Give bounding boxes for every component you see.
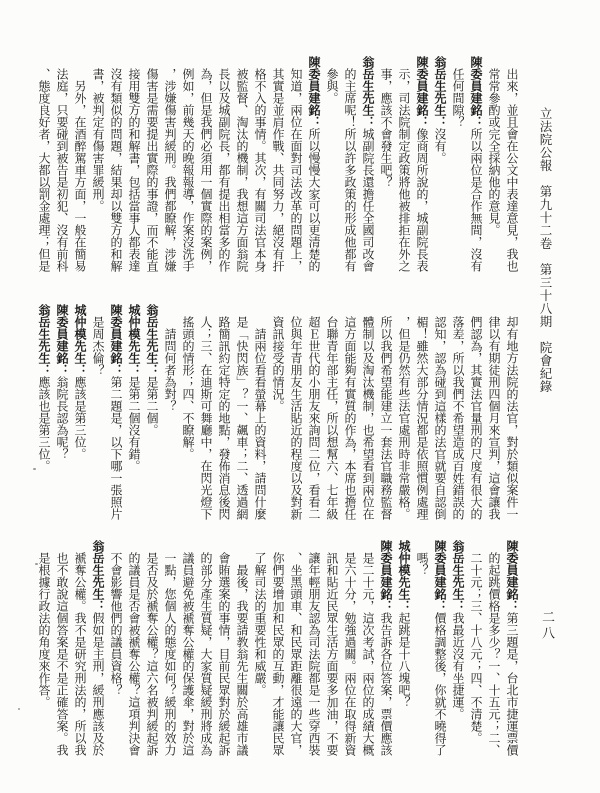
text-column: 出來，並且會在公文中表達意見，我也: [503, 56, 521, 272]
text-column: 法庭，只要碰到被告是初犯、沒有前科: [53, 56, 71, 272]
speaker-turn-column: 翁岳生先生：假如是主刑，緩刑應該及於: [89, 540, 107, 756]
text-column: 位與年青朋友生活貼近的程度以及對新: [287, 304, 305, 520]
speaker-turn-column: 城仲模先生：是第二個沒有錯。: [125, 304, 143, 520]
text-column: 常常參酌或完全採納他的意見。: [485, 56, 503, 272]
text-column: 傷害是需要提出實際的事證，而不能直: [143, 56, 161, 272]
text-column: 褫奪公權。我不是研究刑法的，所以我: [71, 540, 89, 756]
speaker-name: 城仲模先生：: [397, 540, 411, 612]
speaker-turn-column: 城仲模先生：應該是第三位。: [71, 304, 89, 520]
speaker-name: 翁岳生先生：: [37, 304, 51, 376]
text-column: 們認為，其實法官量刑的尺度有很大的: [467, 304, 485, 520]
text-column: 是根據行政法的角度來作答。: [35, 540, 53, 756]
speaker-name: 翁岳生先生：: [433, 56, 447, 128]
speaker-turn-column: 陳委員建銘：第二題是，以下哪一張照片: [107, 304, 125, 520]
text-column: 這方面能夠有實質的作為，本席也擔任: [341, 304, 359, 520]
speaker-name: 陳委員建銘：: [109, 304, 123, 376]
text-column: 二十元；三、十八元；四、不清楚。: [467, 540, 485, 756]
speaker-name: 翁岳生先生：: [145, 304, 159, 376]
speaker-name: 陳委員建銘：: [379, 540, 393, 612]
text-column: 格不入的事情。其次，有關司法官本身: [251, 56, 269, 272]
speaker-name: 陳委員建銘：: [469, 56, 483, 128]
text-column: 人；三、在迪斯可舞廳中，在閃光燈下: [197, 304, 215, 520]
text-column: 是周杰倫？: [89, 304, 107, 520]
speaker-turn-column: 翁岳生先生：沒有。: [431, 56, 449, 272]
text-column: 任何間隙？: [449, 56, 467, 272]
speaker-turn-column: 陳委員建銘：翁院長認為呢？: [53, 304, 71, 520]
speaker-turn-column: 翁岳生先生：我最近沒有坐捷運。: [449, 540, 467, 756]
speaker-turn-column: 翁岳生先生：應該也是第三位。: [35, 304, 53, 520]
text-column: 被監督、淘汰的機制，我想這方面翁院: [233, 56, 251, 272]
text-column: 也不敢說這個答案是不是正確答案。我: [53, 540, 71, 756]
text-column: 最後，我要請教翁先生關於高雄市議: [233, 540, 251, 756]
text-column: 體制以及淘汰機制，也希望看到兩位在: [359, 304, 377, 520]
text-column: 沒有類似的問題，結果却以雙方的和解: [107, 56, 125, 272]
speaker-name: 陳委員建銘：: [433, 540, 447, 612]
text-column: 的主席呢！所以許多政策的形成他都有: [341, 56, 359, 272]
text-column: 却有地方法院的法官，對於類似案件一: [503, 304, 521, 520]
speaker-name: 城仲模先生：: [127, 304, 141, 376]
text-column: 事，應該不會發生吧？: [377, 56, 395, 272]
text-column: 超Ｅ世代的小朋友來詢問二位，看看二: [305, 304, 323, 520]
speaker-name: 城仲模先生：: [73, 304, 87, 376]
speaker-turn-column: 陳委員建銘：所以兩位是合作無間，沒有: [467, 56, 485, 272]
speaker-name: 陳委員建銘：: [55, 304, 69, 376]
speaker-name: 陳委員建銘：: [505, 540, 519, 612]
speaker-turn-column: 陳委員建銘：所以慢慢大家可以更清楚的: [305, 56, 323, 272]
text-column: 嗎？: [413, 540, 431, 756]
text-column: 請兩位看看螢幕上的資料，請問什麼: [251, 304, 269, 520]
text-column: 是「快閃族」？一、飆車；二、透過網: [233, 304, 251, 520]
text-column: 示，司法院制定政策將他被排拒在外之: [395, 56, 413, 272]
text-column: 、坐黑頭車、和民眾距離很遠的大官，: [287, 540, 305, 756]
text-column: 所以我們希望能建立一套法官職務監督: [377, 304, 395, 520]
text-column: 一點，您個人的態度如何？緩刑的效力: [161, 540, 179, 756]
speaker-name: 翁岳生先生：: [451, 540, 465, 612]
speaker-turn-column: 陳委員建銘：我告訴各位答案，票價應該: [377, 540, 395, 756]
text-column: 接用雙方的和解書，包括當事人都表達: [125, 56, 143, 272]
speaker-turn-column: 陳委員建銘：像商周所說的，城副院長表: [413, 56, 431, 272]
scan-speck: [35, 563, 38, 565]
text-column: 了解司法的重要性和威嚴。: [251, 540, 269, 756]
text-column: 是六十分，勉強過關。兩位在取得新資: [341, 540, 359, 756]
speaker-turn-column: 翁岳生先生：城副院長還擔任全國司改會: [359, 56, 377, 272]
text-column: 為，但是我們必須用一個實際的案例，: [197, 56, 215, 272]
text-column: 認知，認為碰到這樣的法官就要自認倒: [431, 304, 449, 520]
speaker-name: 陳委員建銘：: [415, 56, 429, 128]
page-number: 二八: [538, 610, 556, 642]
text-column: 資訊接受的情況。: [269, 304, 287, 520]
speaker-turn-column: 翁岳生先生：是第二個。: [143, 304, 161, 520]
text-column: 路簡訊約定特定的地點，發佈消息後閃: [215, 304, 233, 520]
text-band-top: 出來，並且會在公文中表達意見，我也常常參酌或完全採納他的意見。陳委員建銘：所以兩…: [35, 56, 521, 272]
text-column: 會賄選案的事情，目前民眾對於緩起訴: [215, 540, 233, 756]
text-column: 你們要增加和民眾的互動，才能讓民眾: [269, 540, 287, 756]
speaker-name: 翁岳生先生：: [361, 56, 375, 128]
text-column: 知道，兩位在面對司法改革的問題上，: [287, 56, 305, 272]
text-column: 、態度良好者，大都以罰金處理；但是: [35, 56, 53, 272]
text-column: 台聯青年部主任，所以想幫六、七年級: [323, 304, 341, 520]
text-column: 是二十元，這次考試，兩位的成績大概: [359, 540, 377, 756]
text-column: 是否及於褫奪公權？這六名被判緩起訴: [143, 540, 161, 756]
speaker-name: 翁岳生先生：: [91, 540, 105, 612]
text-column: 的部分產生質疑，大家質疑緩刑將成為: [197, 540, 215, 756]
gazette-page: 立法院公報 第九十二卷 第三十八期 院會紀錄 二八 出來，並且會在公文中表達意見…: [0, 0, 600, 793]
text-column: ，涉嫌傷害判緩刑。我們都瞭解，涉嫌: [161, 56, 179, 272]
text-column: 另外，在酒醉駕車方面，一般在簡易: [71, 56, 89, 272]
text-column: ，但是仍然有些法官處刑時非常嚴格。: [395, 304, 413, 520]
text-column: 楣！雖然大部分情況都是依照慣例處理: [413, 304, 431, 520]
text-column: 其實是並肩作戰、共同努力，絕沒有扞: [269, 56, 287, 272]
text-column: 參與。: [323, 56, 341, 272]
text-column: 律以有期徒刑四個月來宣判，這會讓我: [485, 304, 503, 520]
scan-speck: [33, 468, 36, 470]
speaker-turn-column: 陳委員建銘：價格調整後，你就不曉得了: [431, 540, 449, 756]
speaker-name: 陳委員建銘：: [307, 56, 321, 128]
gazette-running-title: 立法院公報 第九十二卷 第三十八期 院會紀錄: [536, 107, 554, 393]
text-band-middle: 却有地方法院的法官，對於類似案件一律以有期徒刑四個月來宣判，這會讓我們認為，其實…: [35, 304, 521, 520]
speaker-turn-column: 城仲模先生：起跳是十八塊吧？: [395, 540, 413, 756]
text-column: 搖頭的情形；四、不瞭解。: [179, 304, 197, 520]
text-column: 議員避免被褫奪公權的保護傘，對於這: [179, 540, 197, 756]
text-column: 讓年輕朋友認為司法院都是一些穿西裝: [305, 540, 323, 756]
text-column: 不會影響他們的議員資格？: [107, 540, 125, 756]
text-column: 請問何者為對？: [161, 304, 179, 520]
text-column: 書，被判定有傷害罪緩刑。: [89, 56, 107, 272]
scan-speck: [18, 708, 20, 710]
text-column: 落差，所以我們不希望造成百姓錯誤的: [449, 304, 467, 520]
text-column: 的議員是否會被褫奪公權？這項判決會: [125, 540, 143, 756]
speaker-turn-column: 陳委員建銘：第三題是，台北市捷運票價: [503, 540, 521, 756]
text-column: 的起跳價格是多少？一、十五元；二、: [485, 540, 503, 756]
text-column: 例如，前幾天的晚報報導，作案沒洗手: [179, 56, 197, 272]
text-column: 訊和貼近民眾生活方面要多加油，不要: [323, 540, 341, 756]
text-band-bottom: 陳委員建銘：第三題是，台北市捷運票價的起跳價格是多少？一、十五元；二、二十元；三…: [35, 540, 521, 756]
text-column: 長以及城副院長，都有提出相當多的作: [215, 56, 233, 272]
